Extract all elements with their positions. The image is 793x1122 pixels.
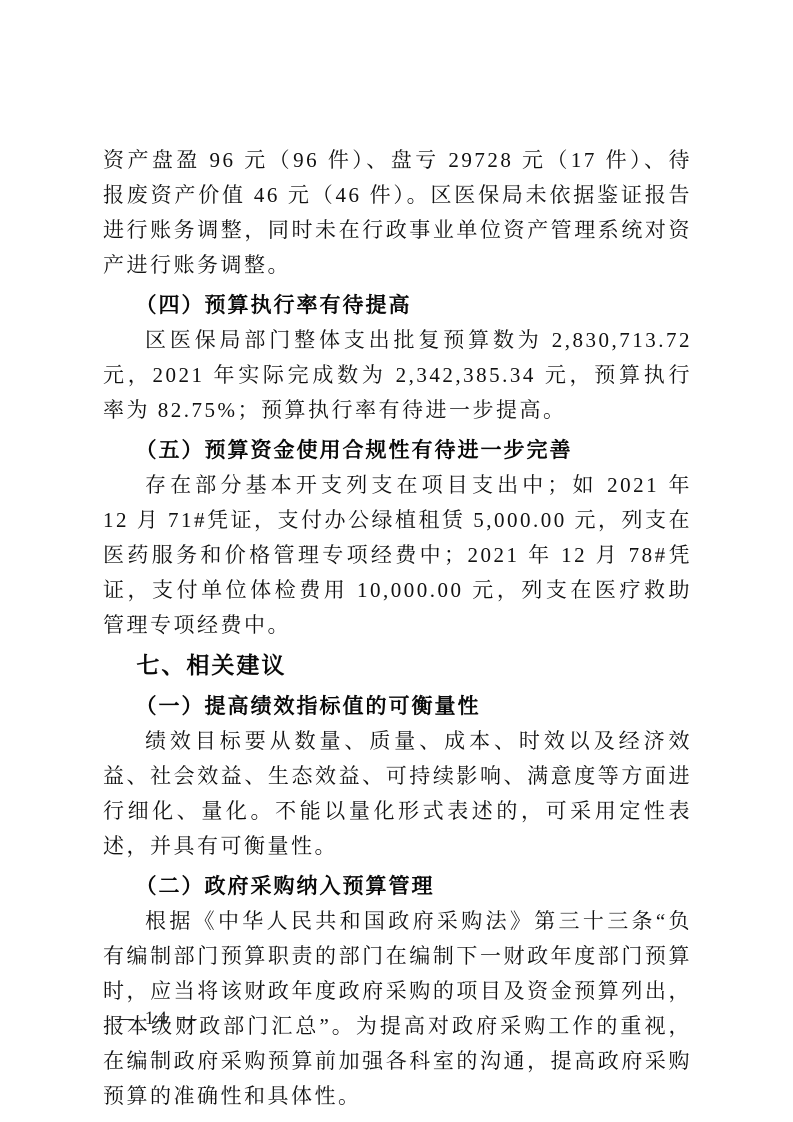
paragraph-performance-indicators: 绩效目标要从数量、质量、成本、时效以及经济效益、社会效益、生态效益、可持续影响、…	[103, 724, 692, 864]
paragraph-fund-compliance: 存在部分基本开支列支在项目支出中；如 2021 年 12 月 71#凭证，支付办…	[103, 468, 692, 643]
heading-section-5-fund-compliance: （五）预算资金使用合规性有待进一步完善	[103, 433, 692, 468]
page-body: 资产盘盈 96 元（96 件）、盘亏 29728 元（17 件）、待报废资产价值…	[103, 143, 692, 1114]
paragraph-budget-execution: 区医保局部门整体支出批复预算数为 2,830,713.72 元，2021 年实际…	[103, 323, 692, 428]
heading-subsection-2-government-procurement: （二）政府采购纳入预算管理	[103, 869, 692, 904]
heading-chapter-7-recommendations: 七、相关建议	[103, 649, 692, 684]
heading-subsection-1-performance-indicators: （一）提高绩效指标值的可衡量性	[103, 689, 692, 724]
heading-section-4-budget-execution: （四）预算执行率有待提高	[103, 288, 692, 323]
paragraph-asset-adjustment: 资产盘盈 96 元（96 件）、盘亏 29728 元（17 件）、待报废资产价值…	[103, 143, 692, 283]
document-page: 资产盘盈 96 元（96 件）、盘亏 29728 元（17 件）、待报废资产价值…	[0, 0, 793, 1122]
page-number: — 14 —	[115, 1008, 200, 1030]
